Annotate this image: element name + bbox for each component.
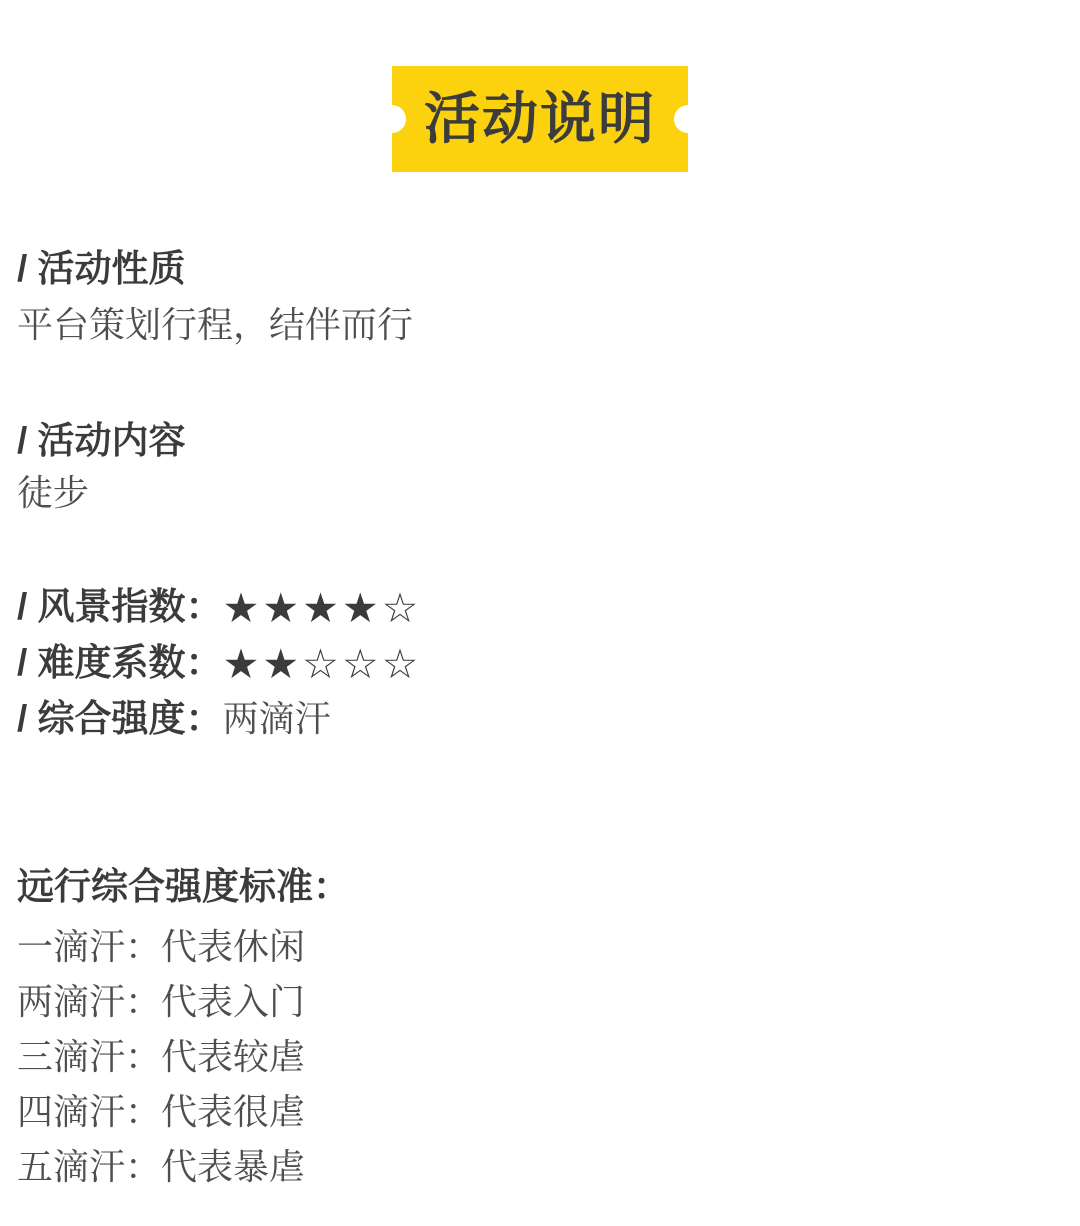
page-title: 活动说明: [424, 91, 656, 147]
difficulty-rating-stars: ★★☆☆☆: [223, 641, 422, 687]
intensity-legend-item-4: 四滴汗：代表很虐: [17, 1091, 305, 1132]
ticket-notch-right: [674, 105, 702, 133]
intensity-legend-item-2: 两滴汗：代表入门: [17, 981, 305, 1022]
intensity-legend-item-5: 五滴汗：代表暴虐: [17, 1146, 305, 1187]
activity-content-body: 徒步: [17, 472, 89, 513]
scenery-rating-label: / 风景指数：: [17, 586, 223, 627]
activity-description-page: 活动说明 / 活动性质 平台策划行程，结伴而行 / 活动内容 徒步 / 风景指数…: [0, 0, 1080, 1226]
intensity-rating-row: / 综合强度：两滴汗: [17, 698, 331, 741]
scenery-rating-row: / 风景指数：★★★★☆: [17, 585, 421, 632]
intensity-legend-item-3: 三滴汗：代表较虐: [17, 1036, 305, 1077]
title-banner: 活动说明: [392, 66, 688, 172]
difficulty-rating-row: / 难度系数：★★☆☆☆: [17, 641, 421, 688]
difficulty-rating-label: / 难度系数：: [17, 642, 223, 683]
scenery-rating-stars: ★★★★☆: [223, 585, 422, 631]
intensity-legend-item-1: 一滴汗：代表休闲: [17, 926, 305, 967]
activity-nature-body: 平台策划行程，结伴而行: [17, 304, 413, 345]
intensity-rating-value: 两滴汗: [223, 698, 331, 739]
intensity-legend-heading: 远行综合强度标准：: [17, 866, 350, 909]
intensity-rating-label: / 综合强度：: [17, 698, 223, 739]
activity-nature-heading: / 活动性质: [17, 248, 186, 291]
activity-content-heading: / 活动内容: [17, 420, 186, 463]
ticket-notch-left: [378, 105, 406, 133]
